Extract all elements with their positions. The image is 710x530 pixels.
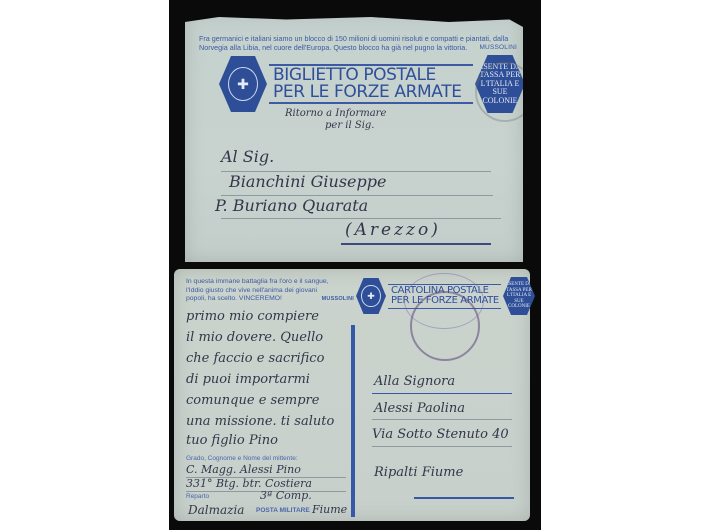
envelope-title: BIGLIETTO POSTALE PER LE FORZE ARMATE xyxy=(269,64,473,104)
address-rule xyxy=(372,446,512,447)
message-line: primo mio compiere xyxy=(186,309,319,324)
address-underline xyxy=(414,497,514,499)
handwritten-note: Ritorno a Informare xyxy=(285,108,386,119)
quote-author: MUSSOLINI xyxy=(322,295,354,304)
savoy-crest-icon: ✚ xyxy=(356,278,386,314)
postcard-quote: In questa immane battaglia fra l'oro e i… xyxy=(186,278,354,304)
quote-line: Fra germanici e italiani siamo un blocco… xyxy=(199,34,517,43)
sender-line: C. Magg. Alessi Pino xyxy=(186,463,301,476)
message-line: che faccio e sacrifico xyxy=(186,351,324,366)
address-underline xyxy=(341,243,491,245)
posta-militare-value: Fiume xyxy=(312,503,347,516)
address-line: Alessi Paolina xyxy=(374,401,465,416)
sender-label: Grado, Cognome e Nome del mittente: xyxy=(186,455,298,462)
address-rule xyxy=(372,419,512,420)
address-rule xyxy=(372,393,512,394)
message-line: comunque e sempre xyxy=(186,393,319,408)
message-line: tuo figlio Pino xyxy=(186,433,278,448)
address-line: Via Sotto Stenuto 40 xyxy=(372,427,509,442)
reparto-value: 3ª Comp. xyxy=(260,489,312,502)
reparto-label: Reparto xyxy=(186,493,209,500)
posta-militare-label: POSTA MILITARE xyxy=(256,507,310,514)
message-line: una missione. ti saluto xyxy=(186,414,334,429)
message-line: il mio dovere. Quello xyxy=(186,330,323,345)
quote-author: MUSSOLINI xyxy=(479,43,517,52)
sender-location: Dalmazia xyxy=(188,503,244,517)
address-line: P. Buriano Quarata xyxy=(215,196,368,215)
address-line: Al Sig. xyxy=(221,147,274,166)
envelope-quote: Fra germanici e italiani siamo un blocco… xyxy=(199,34,517,52)
envelope-biglietto-postale: Fra germanici e italiani siamo un blocco… xyxy=(185,12,523,262)
address-rule xyxy=(221,218,501,219)
postcard-cartolina-postale: In questa immane battaglia fra l'oro e i… xyxy=(174,269,530,521)
address-line: Bianchini Giuseppe xyxy=(229,172,386,191)
quote-line: Norvegia alla Libia, nel cuore dell'Euro… xyxy=(199,43,517,52)
perforation-divider xyxy=(351,325,355,517)
title-line2: PER LE FORZE ARMATE xyxy=(273,84,469,101)
address-line: Ripalti Fiume xyxy=(374,465,463,480)
address-line: (Arezzo) xyxy=(345,220,441,240)
message-line: di puoi importarmi xyxy=(186,372,310,387)
handwritten-note: per il Sig. xyxy=(325,120,374,131)
address-line: Alla Signora xyxy=(374,374,455,389)
savoy-crest-icon: ✚ xyxy=(219,56,267,112)
tax-exempt-badge: ESENTE DATASSA PERL'ITALIA ESUE COLONIE xyxy=(503,277,535,315)
violet-censor-stamp xyxy=(404,273,484,329)
